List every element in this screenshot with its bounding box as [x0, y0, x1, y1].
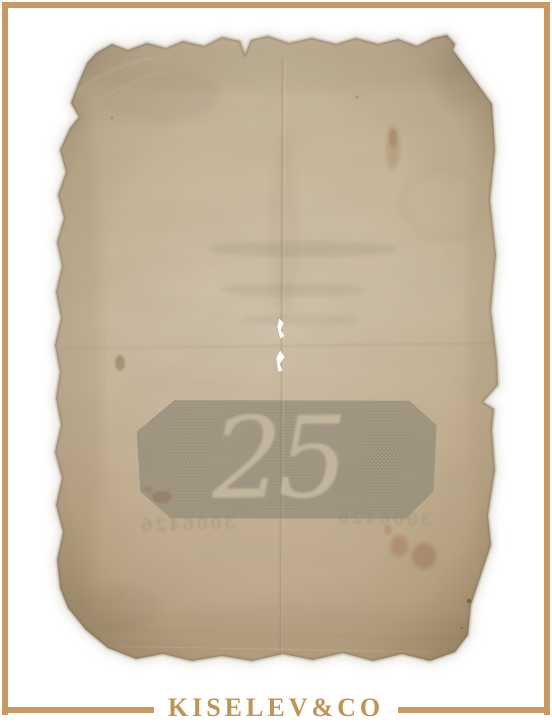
banknote-illustration: 25 3006426 3006426	[0, 0, 552, 725]
banknote-photo: 25 3006426 3006426	[0, 0, 552, 725]
frame-line-left	[2, 707, 154, 713]
frame-line-right	[398, 707, 550, 713]
edge-vignette	[48, 28, 504, 672]
brand-wordmark: KISELEV&CO	[154, 693, 398, 723]
note-paper: 25 3006426 3006426	[48, 28, 504, 672]
frame-bottom: KISELEV&CO	[2, 695, 550, 725]
product-photo-card: 25 3006426 3006426	[0, 0, 552, 725]
